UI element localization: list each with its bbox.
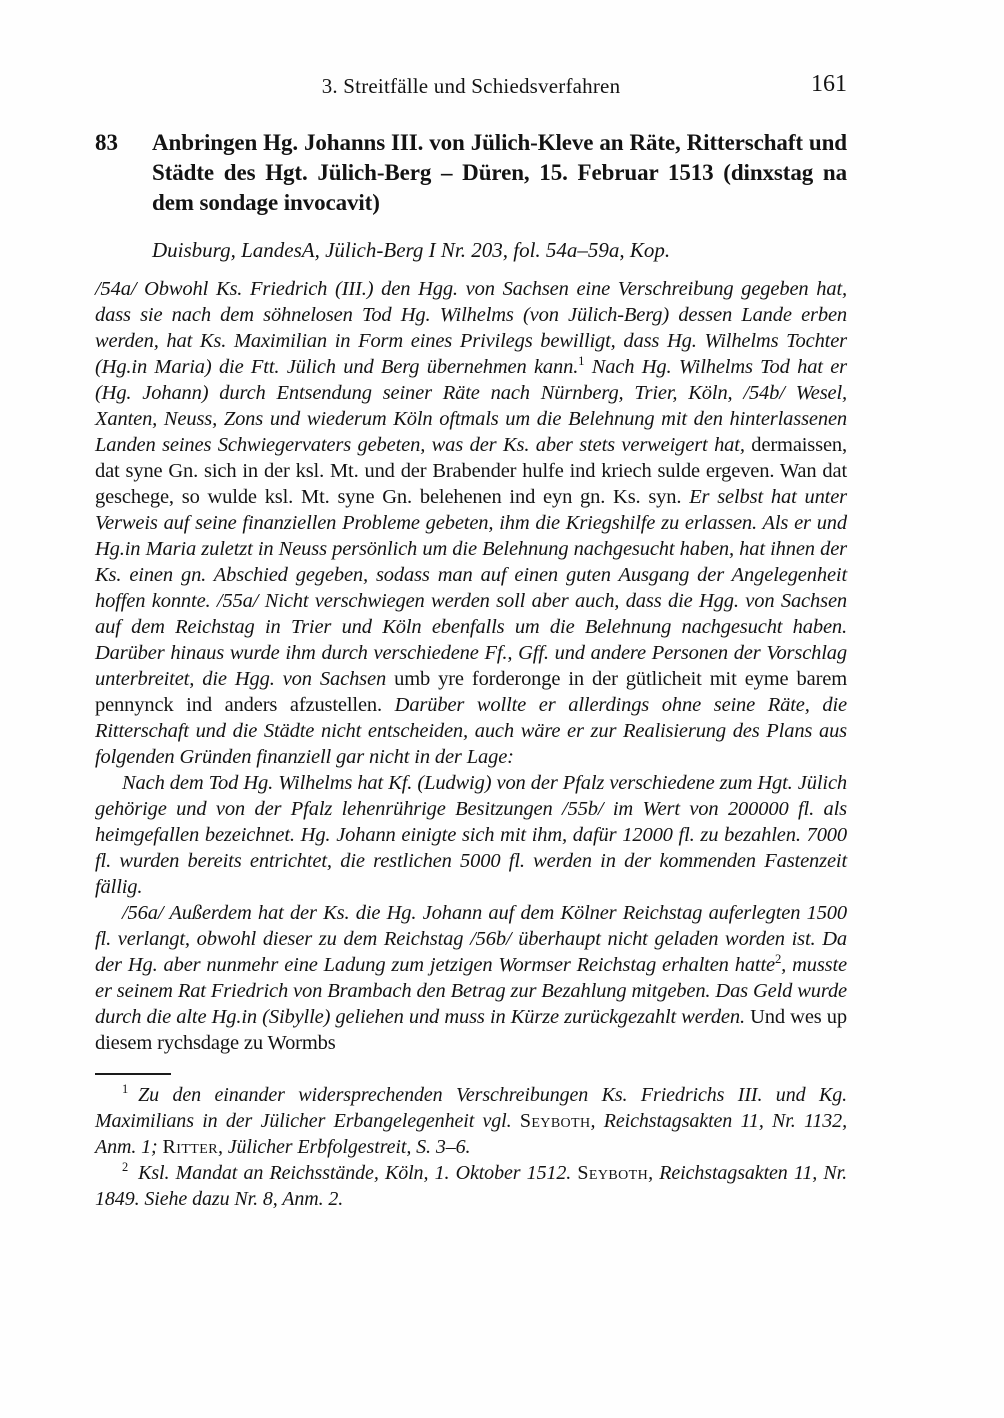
footnote: 2Ksl. Mandat an Reichsstände, Köln, 1. O… [95, 1160, 847, 1212]
document-number: 83 [95, 128, 152, 218]
paragraph: /56a/ Außerdem hat der Ks. die Hg. Johan… [95, 900, 847, 1056]
document-heading: 83 Anbringen Hg. Johanns III. von Jülich… [95, 128, 847, 218]
source-citation: Duisburg, LandesA, Jülich-Berg I Nr. 203… [152, 237, 1004, 263]
paragraph: Nach dem Tod Hg. Wilhelms hat Kf. (Ludwi… [95, 770, 847, 900]
text-segment: Er selbst hat unter Verweis auf seine fi… [95, 486, 847, 690]
footnote-number: 1 [122, 1082, 128, 1096]
text-segment: Ksl. Mandat an Reichsstände, Köln, 1. Ok… [138, 1162, 577, 1184]
footnote-list: 1Zu den einander widersprechenden Versch… [95, 1082, 847, 1212]
footnotes-section: 1Zu den einander widersprechenden Versch… [95, 1073, 847, 1212]
page-number: 161 [811, 71, 847, 98]
book-page: 3. Streitfälle und Schiedsverfahren 161 … [0, 0, 1004, 1418]
text-segment: Seyboth [577, 1162, 648, 1184]
running-header: 3. Streitfälle und Schiedsverfahren 161 [95, 74, 847, 104]
footnote-separator-rule [95, 1073, 171, 1075]
paragraph: /54a/ Obwohl Ks. Friedrich (III.) den Hg… [95, 276, 847, 770]
text-segment: Ritter [163, 1136, 218, 1158]
text-segment: Seyboth [520, 1110, 591, 1132]
text-segment: , Jülicher Erbfolgestreit, S. 3–6. [218, 1136, 471, 1158]
footnote: 1Zu den einander widersprechenden Versch… [95, 1082, 847, 1160]
footnote-number: 2 [122, 1160, 128, 1174]
text-segment: Nach dem Tod Hg. Wilhelms hat Kf. (Ludwi… [95, 772, 847, 898]
document-title: Anbringen Hg. Johanns III. von Jülich-Kl… [152, 128, 847, 218]
text-segment: /56a/ Außerdem hat der Ks. die Hg. Johan… [95, 902, 847, 976]
chapter-title: 3. Streitfälle und Schiedsverfahren [95, 74, 847, 99]
body-text: /54a/ Obwohl Ks. Friedrich (III.) den Hg… [95, 276, 847, 1056]
